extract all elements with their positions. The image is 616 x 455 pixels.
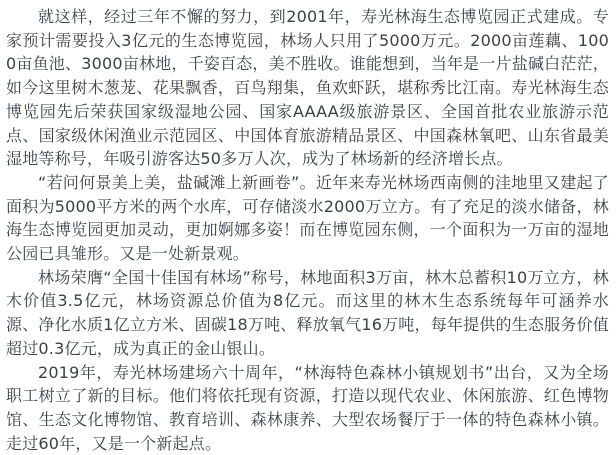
paragraph-forest-farm-value: 林场荣膺“全国十佳国有林场”称号，林地面积3万亩，林木总蓄积10万立方，林木价值… (6, 266, 609, 361)
paragraph-reservoirs-wetland: “若问何景美上美，盐碱滩上新画卷”。近年来寿光林场西南侧的洼地里又建起了面积为5… (6, 171, 609, 266)
paragraph-expo-park-built: 就这样，经过三年不懈的努力，到2001年，寿光林海生态博览园正式建成。专家预计需… (6, 5, 609, 171)
article-body: 就这样，经过三年不懈的努力，到2001年，寿光林海生态博览园正式建成。专家预计需… (0, 0, 616, 455)
document-page: { "page": { "background_color": "#ffffff… (0, 0, 616, 455)
paragraph-2019-plan: 2019年，寿光林场建场六十周年，“林海特色森林小镇规划书”出台，又为全场职工树… (6, 361, 609, 455)
